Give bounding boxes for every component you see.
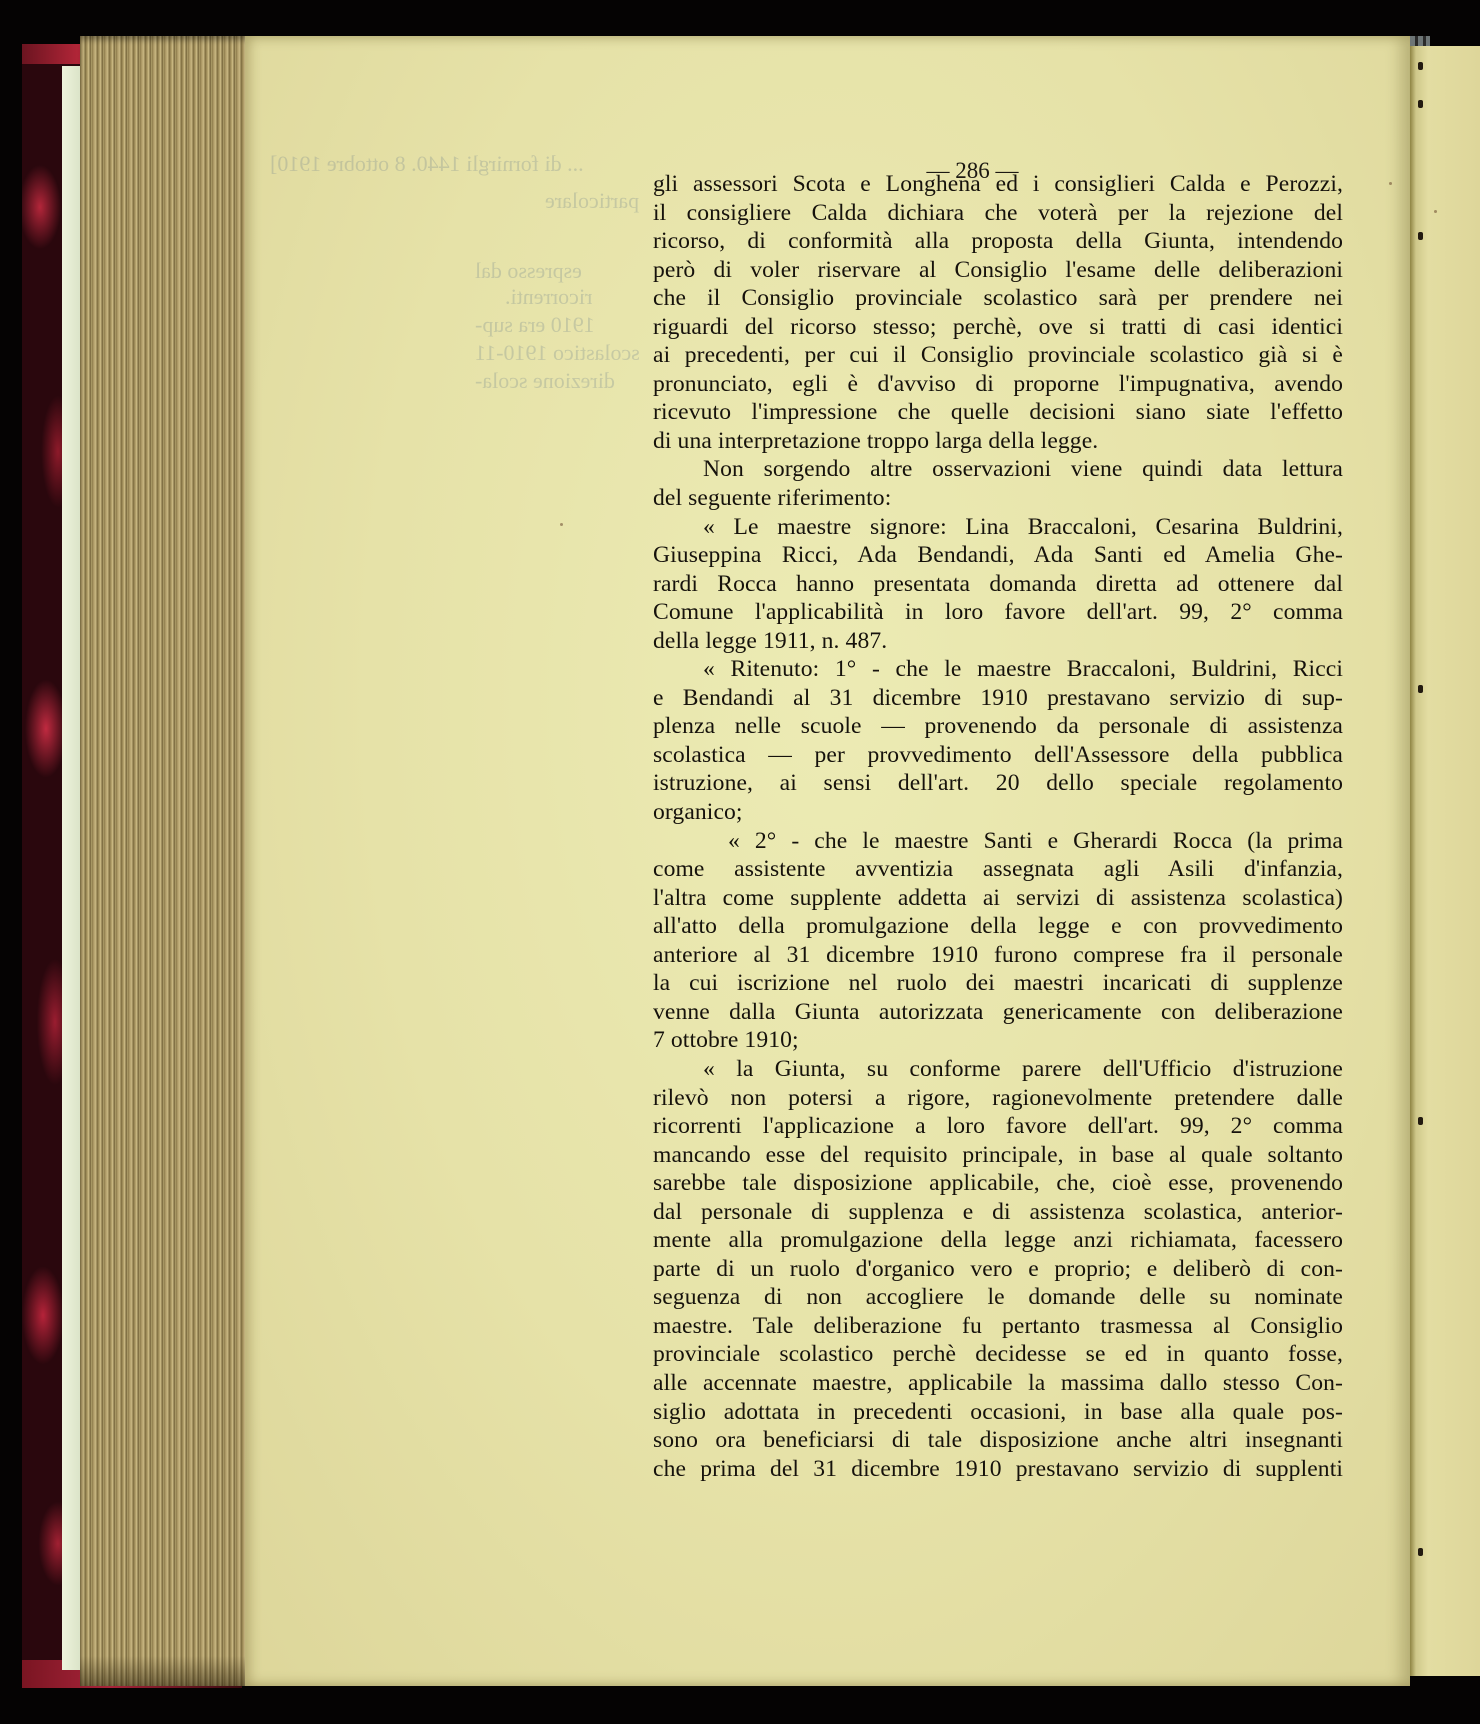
text-line: « Ritenuto: 1° - che le maestre Braccalo… bbox=[653, 655, 1343, 684]
paper-speck bbox=[1389, 182, 1392, 185]
body-text: gli assessori Scota e Longhena ed i cons… bbox=[653, 170, 1343, 1483]
text-line: come assistente avventizia assegnata agl… bbox=[653, 855, 1343, 884]
text-line: seguenza di non accogliere le domande de… bbox=[653, 1283, 1343, 1312]
text-line: 7 ottobre 1910; bbox=[653, 1026, 1343, 1055]
text-line: e Bendandi al 31 dicembre 1910 prestavan… bbox=[653, 684, 1343, 713]
text-line: plenza nelle scuole — provenendo da pers… bbox=[653, 712, 1343, 741]
binding-thread-mark bbox=[1418, 62, 1423, 70]
text-line: « Le maestre signore: Lina Braccaloni, C… bbox=[653, 513, 1343, 542]
binding-thread-mark bbox=[1418, 1548, 1423, 1556]
text-line: della legge 1911, n. 487. bbox=[653, 627, 1343, 656]
bleed-through-text: ricorrenti. bbox=[505, 284, 592, 310]
text-line: Non sorgendo altre osservazioni viene qu… bbox=[653, 455, 1343, 484]
text-line: « 2° - che le maestre Santi e Gherardi R… bbox=[653, 827, 1343, 856]
text-line: alle accennate maestre, applicabile la m… bbox=[653, 1369, 1343, 1398]
text-line: anteriore al 31 dicembre 1910 furono com… bbox=[653, 941, 1343, 970]
paper-speck bbox=[560, 523, 563, 526]
text-line: maestre. Tale deliberazione fu pertanto … bbox=[653, 1312, 1343, 1341]
text-line: scolastica — per provvedimento dell'Asse… bbox=[653, 741, 1343, 770]
text-line: che il Consiglio provinciale scolastico … bbox=[653, 284, 1343, 313]
text-line: mancando esse del requisito principale, … bbox=[653, 1141, 1343, 1170]
fanned-page-edges bbox=[80, 36, 248, 1686]
text-line: ai precedenti, per cui il Consiglio prov… bbox=[653, 341, 1343, 370]
text-line: di una interpretazione troppo larga dell… bbox=[653, 427, 1343, 456]
text-line: organico; bbox=[653, 798, 1343, 827]
bleed-through-text: 1910 era sup- bbox=[475, 312, 595, 338]
bleed-through-text: espresso dal bbox=[475, 258, 582, 284]
text-line: riguardi del ricorso stesso; perchè, ove… bbox=[653, 313, 1343, 342]
text-line: Comune l'applicabilità in loro favore de… bbox=[653, 598, 1343, 627]
text-line: dal personale di supplenza e di assisten… bbox=[653, 1198, 1343, 1227]
text-line: che prima del 31 dicembre 1910 prestavan… bbox=[653, 1455, 1343, 1484]
facing-page-gutter bbox=[1410, 46, 1480, 1676]
text-line: ricorrenti l'applicazione a loro favore … bbox=[653, 1112, 1343, 1141]
text-line: provinciale scolastico perchè decidesse … bbox=[653, 1340, 1343, 1369]
text-line: pronunciato, egli è d'avviso di proporne… bbox=[653, 370, 1343, 399]
binding-thread-mark bbox=[1418, 1117, 1423, 1125]
text-line: mente alla promulgazione della legge anz… bbox=[653, 1226, 1343, 1255]
text-line: rardi Rocca hanno presentata domanda dir… bbox=[653, 570, 1343, 599]
text-line: l'altra come supplente addetta ai serviz… bbox=[653, 884, 1343, 913]
text-line: il consigliere Calda dichiara che voterà… bbox=[653, 199, 1343, 228]
text-line: all'atto della promulgazione della legge… bbox=[653, 912, 1343, 941]
text-line: Giuseppina Ricci, Ada Bendandi, Ada Sant… bbox=[653, 541, 1343, 570]
flyleaf bbox=[62, 66, 82, 1670]
text-line: venne dalla Giunta autorizzata genericam… bbox=[653, 998, 1343, 1027]
binding-thread-mark bbox=[1418, 685, 1423, 693]
text-line: gli assessori Scota e Longhena ed i cons… bbox=[653, 170, 1343, 199]
text-line: parte di un ruolo d'organico vero e prop… bbox=[653, 1255, 1343, 1284]
text-line: ricorso, di conformità alla proposta del… bbox=[653, 227, 1343, 256]
text-line: istruzione, ai sensi dell'art. 20 dello … bbox=[653, 769, 1343, 798]
text-line: sono ora beneficiarsi di tale disposizio… bbox=[653, 1426, 1343, 1455]
bleed-through-text: particolare bbox=[545, 188, 639, 214]
text-line: rilevò non potersi a rigore, ragionevolm… bbox=[653, 1084, 1343, 1113]
bleed-through-text: scolastico 1910-11 bbox=[475, 340, 640, 366]
text-line: siglio adottata in precedenti occasioni,… bbox=[653, 1398, 1343, 1427]
text-line: del seguente riferimento: bbox=[653, 484, 1343, 513]
text-line: sarebbe tale disposizione applicabile, c… bbox=[653, 1169, 1343, 1198]
binding-thread-mark bbox=[1418, 232, 1423, 240]
bleed-through-text: direzione scola- bbox=[475, 368, 615, 394]
text-line: « la Giunta, su conforme parere dell'Uff… bbox=[653, 1055, 1343, 1084]
binding-thread-mark bbox=[1418, 100, 1423, 108]
paper-speck bbox=[1434, 210, 1437, 213]
text-line: ricevuto l'impressione che quelle decisi… bbox=[653, 398, 1343, 427]
text-line: però di voler riservare al Consiglio l'e… bbox=[653, 256, 1343, 285]
text-line: la cui iscrizione nel ruolo dei maestri … bbox=[653, 969, 1343, 998]
